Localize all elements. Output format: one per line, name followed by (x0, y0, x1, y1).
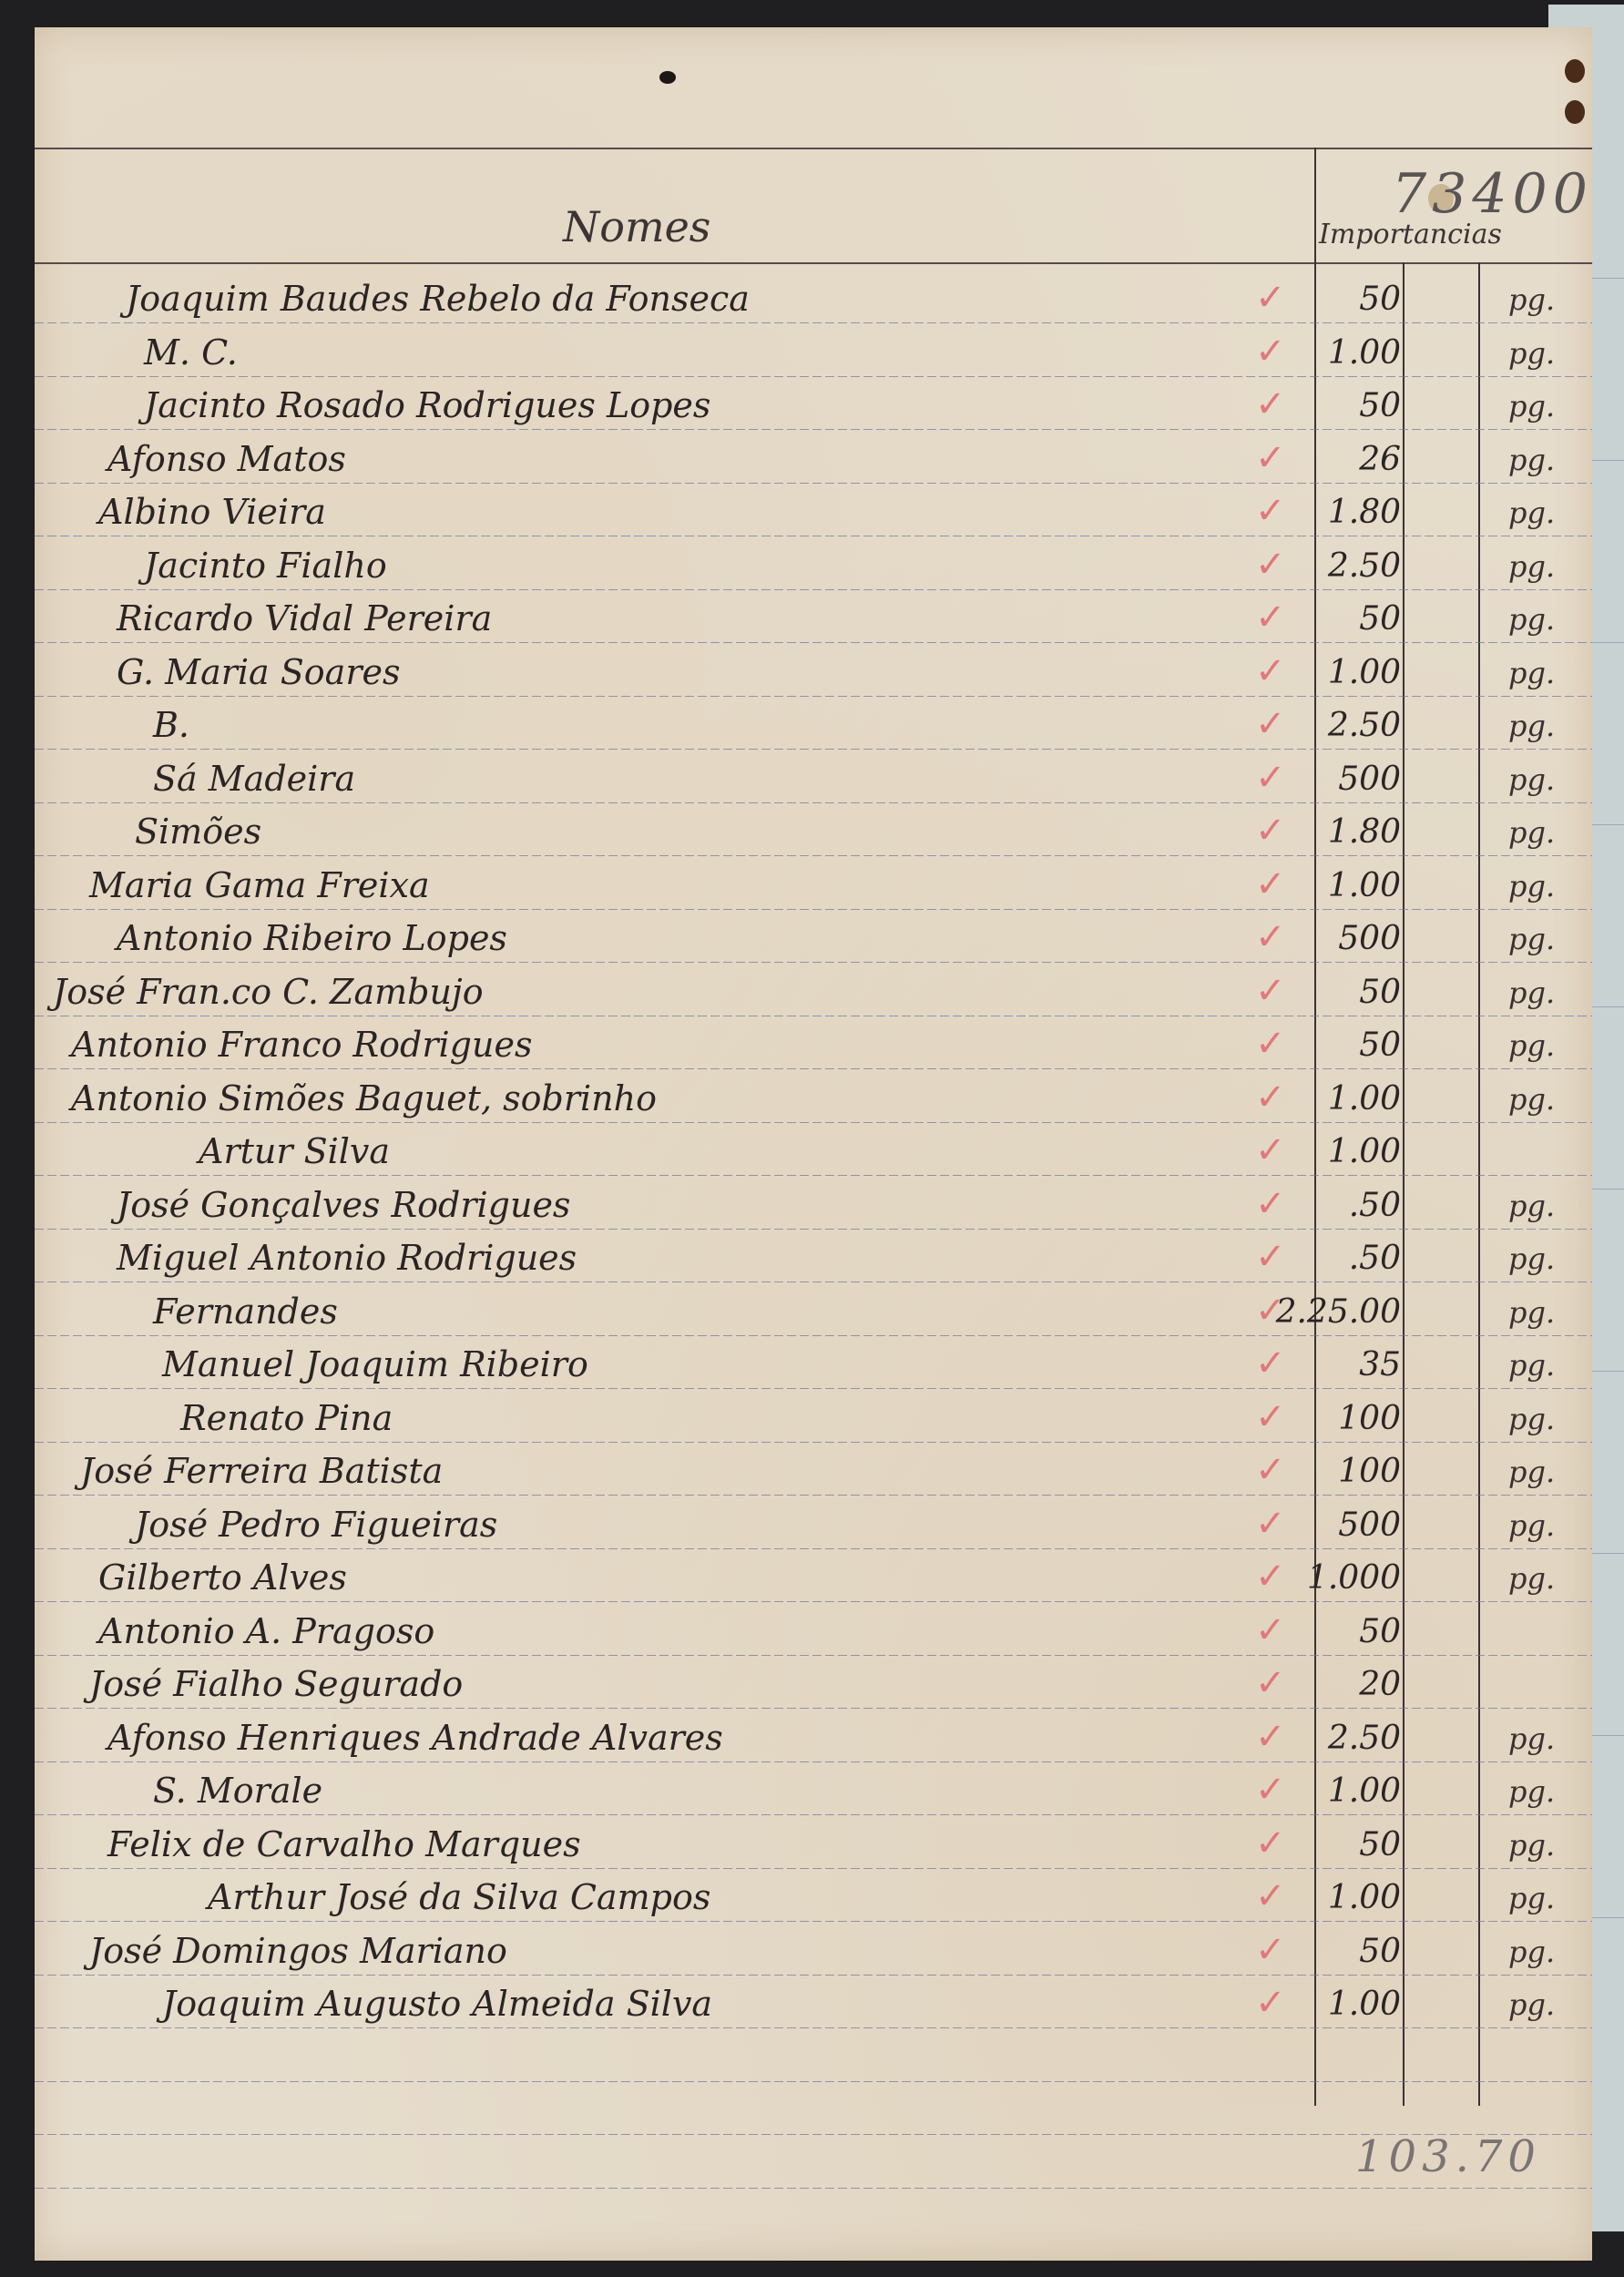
paid-mark: pg. (1508, 1189, 1555, 1223)
ledger-entry: Sá Madeira✓500pg. (35, 753, 1592, 807)
ledger-entry: Antonio Simões Baguet, sobrinho✓1.00pg. (35, 1073, 1592, 1127)
check-mark-icon: ✓ (1255, 1982, 1286, 2024)
paid-mark: pg. (1508, 1028, 1555, 1063)
entry-amount: 2.50 (1328, 1720, 1401, 1757)
entry-amount: 1.80 (1328, 494, 1401, 531)
ink-blot (659, 71, 676, 84)
entry-name: Antonio Ribeiro Lopes (117, 918, 507, 958)
entry-amount: .50 (1349, 1187, 1401, 1224)
check-mark-icon: ✓ (1255, 1662, 1286, 1704)
check-mark-icon: ✓ (1255, 1396, 1286, 1438)
paid-mark: pg. (1508, 1455, 1555, 1489)
check-mark-icon: ✓ (1255, 757, 1286, 799)
entry-name: Joaquim Augusto Almeida Silva (162, 1984, 712, 2024)
check-mark-icon: ✓ (1255, 703, 1286, 745)
paid-mark: pg. (1508, 1348, 1555, 1383)
amount-column-header: Importancias (1319, 219, 1502, 250)
ruled-line (35, 2188, 1592, 2189)
check-mark-icon: ✓ (1255, 1769, 1286, 1811)
entry-amount: 2.25.00 (1276, 1293, 1401, 1331)
entry-name: G. Maria Soares (117, 652, 401, 692)
ledger-entry: Antonio A. Pragoso✓50 (35, 1606, 1592, 1659)
paid-mark: pg. (1508, 1402, 1555, 1436)
entry-amount: 500 (1338, 761, 1401, 798)
entry-amount: .50 (1349, 1240, 1401, 1277)
entry-name: Miguel Antonio Rodrigues (117, 1238, 577, 1278)
entry-amount: 50 (1359, 387, 1401, 424)
paid-mark: pg. (1508, 495, 1555, 530)
ledger-entry: Ricardo Vidal Pereira✓50pg. (35, 593, 1592, 647)
check-mark-icon: ✓ (1255, 863, 1286, 905)
ledger-entry: José Pedro Figueiras✓500pg. (35, 1499, 1592, 1553)
check-mark-icon: ✓ (1255, 1129, 1286, 1171)
entry-name: José Domingos Mariano (89, 1931, 507, 1971)
entry-amount: 1.00 (1328, 1879, 1401, 1916)
entry-name: Maria Gama Freixa (89, 865, 430, 905)
check-mark-icon: ✓ (1255, 1077, 1286, 1118)
entry-name: Antonio Simões Baguet, sobrinho (71, 1078, 657, 1118)
ledger-entry: José Fialho Segurado✓20 (35, 1659, 1592, 1712)
names-column-header: Nomes (563, 202, 710, 251)
check-mark-icon: ✓ (1255, 1716, 1286, 1758)
paid-mark: pg. (1508, 1295, 1555, 1330)
ledger-entry: Fernandes✓2.25.00pg. (35, 1286, 1592, 1340)
paid-mark: pg. (1508, 602, 1555, 637)
entry-amount: 50 (1359, 1826, 1401, 1863)
entry-amount: 1.00 (1328, 867, 1401, 904)
binding-hole (1565, 100, 1585, 124)
paid-mark: pg. (1508, 656, 1555, 690)
ledger-entry: Gilberto Alves✓1.000pg. (35, 1552, 1592, 1606)
entry-name: Afonso Henriques Andrade Alvares (107, 1718, 723, 1758)
check-mark-icon: ✓ (1255, 1023, 1286, 1065)
entry-name: Arthur José da Silva Campos (208, 1877, 710, 1917)
entry-amount: 50 (1359, 600, 1401, 638)
entry-name: José Ferreira Batista (80, 1451, 443, 1491)
ledger-entry: Jacinto Rosado Rodrigues Lopes✓50pg. (35, 380, 1592, 434)
ledger-entry: G. Maria Soares✓1.00pg. (35, 647, 1592, 700)
paid-mark: pg. (1508, 1935, 1555, 1969)
entry-name: Sá Madeira (153, 759, 355, 799)
entry-name: Artur Silva (199, 1131, 390, 1171)
entry-amount: 2.50 (1328, 547, 1401, 585)
check-mark-icon: ✓ (1255, 1449, 1286, 1491)
check-mark-icon: ✓ (1255, 1183, 1286, 1225)
entry-name: Antonio Franco Rodrigues (71, 1025, 532, 1065)
paid-mark: pg. (1508, 1508, 1555, 1543)
ledger-entry: José Gonçalves Rodrigues✓.50pg. (35, 1179, 1592, 1233)
paid-mark: pg. (1508, 1828, 1555, 1863)
entry-amount: 26 (1359, 441, 1401, 478)
ledger-entry: S. Morale✓1.00pg. (35, 1765, 1592, 1819)
entry-name: Jacinto Fialho (144, 546, 387, 586)
entry-amount: 1.00 (1328, 1133, 1401, 1170)
check-mark-icon: ✓ (1255, 597, 1286, 638)
ledger-entry: Artur Silva✓1.00 (35, 1126, 1592, 1179)
entry-amount: 50 (1359, 1613, 1401, 1650)
entry-amount: 1.00 (1328, 334, 1401, 372)
entry-name: Fernandes (153, 1292, 338, 1332)
entry-amount: 20 (1359, 1666, 1401, 1703)
binding-hole (1565, 59, 1585, 83)
paid-mark: pg. (1508, 1561, 1555, 1596)
check-mark-icon: ✓ (1255, 437, 1286, 479)
ledger-entry: M. C.✓1.00pg. (35, 327, 1592, 381)
paid-mark: pg. (1508, 389, 1555, 424)
check-mark-icon: ✓ (1255, 1236, 1286, 1278)
ledger-entry: Antonio Ribeiro Lopes✓500pg. (35, 913, 1592, 966)
check-mark-icon: ✓ (1255, 1823, 1286, 1864)
paid-mark: pg. (1508, 336, 1555, 371)
paid-mark: pg. (1508, 1082, 1555, 1117)
entry-amount: 1.00 (1328, 1772, 1401, 1810)
check-mark-icon: ✓ (1255, 810, 1286, 852)
paid-mark: pg. (1508, 1721, 1555, 1756)
ledger-entry: Joaquim Augusto Almeida Silva✓1.00pg. (35, 1978, 1592, 2032)
paid-mark: pg. (1508, 709, 1555, 743)
check-mark-icon: ✓ (1255, 970, 1286, 1012)
entry-name: Gilberto Alves (98, 1557, 347, 1598)
check-mark-icon: ✓ (1255, 650, 1286, 692)
entry-amount: 1.80 (1328, 813, 1401, 851)
ledger-entry: Joaquim Baudes Rebelo da Fonseca✓50pg. (35, 273, 1592, 327)
paid-mark: pg. (1508, 549, 1555, 584)
entry-name: José Pedro Figueiras (135, 1505, 497, 1545)
entry-name: M. C. (144, 332, 238, 373)
paid-mark: pg. (1508, 922, 1555, 956)
paid-mark: pg. (1508, 762, 1555, 797)
entry-amount: 50 (1359, 281, 1401, 318)
check-mark-icon: ✓ (1255, 331, 1286, 373)
entry-name: Afonso Matos (107, 439, 346, 479)
paid-mark: pg. (1508, 869, 1555, 904)
entry-amount: 500 (1338, 1506, 1401, 1544)
entry-name: Renato Pina (180, 1398, 393, 1438)
entry-name: José Fialho Segurado (89, 1664, 463, 1704)
header-rule (35, 262, 1592, 264)
check-mark-icon: ✓ (1255, 1556, 1286, 1598)
entry-amount: 100 (1338, 1400, 1401, 1437)
ledger-entry: Jacinto Fialho✓2.50pg. (35, 540, 1592, 594)
check-mark-icon: ✓ (1255, 490, 1286, 532)
ledger-entry: Maria Gama Freixa✓1.00pg. (35, 860, 1592, 914)
carried-total: 73400 (1392, 162, 1593, 226)
check-mark-icon: ✓ (1255, 1609, 1286, 1651)
entry-name: José Gonçalves Rodrigues (117, 1185, 570, 1225)
ledger-entry: B.✓2.50pg. (35, 699, 1592, 753)
entry-amount: 1.000 (1307, 1559, 1401, 1597)
ledger-entry: Simões✓1.80pg. (35, 806, 1592, 860)
entry-name: Antonio A. Pragoso (98, 1611, 434, 1651)
paid-mark: pg. (1508, 1241, 1555, 1276)
ruled-line (35, 2081, 1592, 2082)
entry-amount: 1.00 (1328, 1080, 1401, 1118)
entry-name: B. (153, 705, 189, 745)
entry-name: Albino Vieira (98, 492, 326, 532)
entry-amount: 50 (1359, 974, 1401, 1011)
ledger-entry: Afonso Henriques Andrade Alvares✓2.50pg. (35, 1712, 1592, 1766)
entry-amount: 100 (1338, 1453, 1401, 1490)
entry-name: Joaquim Baudes Rebelo da Fonseca (126, 279, 750, 319)
paid-mark: pg. (1508, 1774, 1555, 1809)
paid-mark: pg. (1508, 443, 1555, 477)
entry-name: Simões (135, 812, 261, 852)
check-mark-icon: ✓ (1255, 277, 1286, 319)
check-mark-icon: ✓ (1255, 383, 1286, 425)
check-mark-icon: ✓ (1255, 544, 1286, 586)
entry-name: Ricardo Vidal Pereira (117, 598, 492, 638)
ledger-entry: José Fran.co C. Zambujo✓50pg. (35, 966, 1592, 1020)
ledger-entry: Arthur José da Silva Campos✓1.00pg. (35, 1872, 1592, 1925)
page-total: 103.70 (1355, 2131, 1541, 2182)
ledger-page: 73400 Nomes Importancias Joaquim Baudes … (35, 27, 1592, 2261)
paid-mark: pg. (1508, 815, 1555, 850)
ledger-entry: José Domingos Mariano✓50pg. (35, 1925, 1592, 1979)
check-mark-icon: ✓ (1255, 1503, 1286, 1545)
ledger-entry: Afonso Matos✓26pg. (35, 434, 1592, 487)
ledger-entry: Manuel Joaquim Ribeiro✓35pg. (35, 1339, 1592, 1393)
paid-mark: pg. (1508, 282, 1555, 317)
entry-name: Manuel Joaquim Ribeiro (162, 1344, 588, 1384)
ledger-entry: Miguel Antonio Rodrigues✓.50pg. (35, 1232, 1592, 1286)
entry-name: Felix de Carvalho Marques (107, 1824, 581, 1864)
paid-mark: pg. (1508, 1881, 1555, 1915)
check-mark-icon: ✓ (1255, 1343, 1286, 1384)
entry-amount: 1.00 (1328, 654, 1401, 691)
check-mark-icon: ✓ (1255, 1875, 1286, 1917)
ledger-entry: Felix de Carvalho Marques✓50pg. (35, 1819, 1592, 1873)
ledger-entry: José Ferreira Batista✓100pg. (35, 1445, 1592, 1499)
paid-mark: pg. (1508, 1987, 1555, 2022)
ledger-entry: Albino Vieira✓1.80pg. (35, 486, 1592, 540)
entry-amount: 2.50 (1328, 707, 1401, 744)
check-mark-icon: ✓ (1255, 1929, 1286, 1971)
ledger-entry: Renato Pina✓100pg. (35, 1393, 1592, 1446)
entry-name: S. Morale (153, 1771, 322, 1811)
entry-amount: 500 (1338, 920, 1401, 957)
top-rule (35, 148, 1592, 149)
ledger-entry: Antonio Franco Rodrigues✓50pg. (35, 1019, 1592, 1073)
entry-name: José Fran.co C. Zambujo (53, 972, 484, 1012)
entry-amount: 50 (1359, 1933, 1401, 1970)
entry-amount: 1.00 (1328, 1986, 1401, 2023)
entry-amount: 35 (1359, 1346, 1401, 1384)
entry-name: Jacinto Rosado Rodrigues Lopes (144, 385, 710, 425)
paid-mark: pg. (1508, 975, 1555, 1010)
check-mark-icon: ✓ (1255, 916, 1286, 958)
entry-amount: 50 (1359, 1026, 1401, 1064)
